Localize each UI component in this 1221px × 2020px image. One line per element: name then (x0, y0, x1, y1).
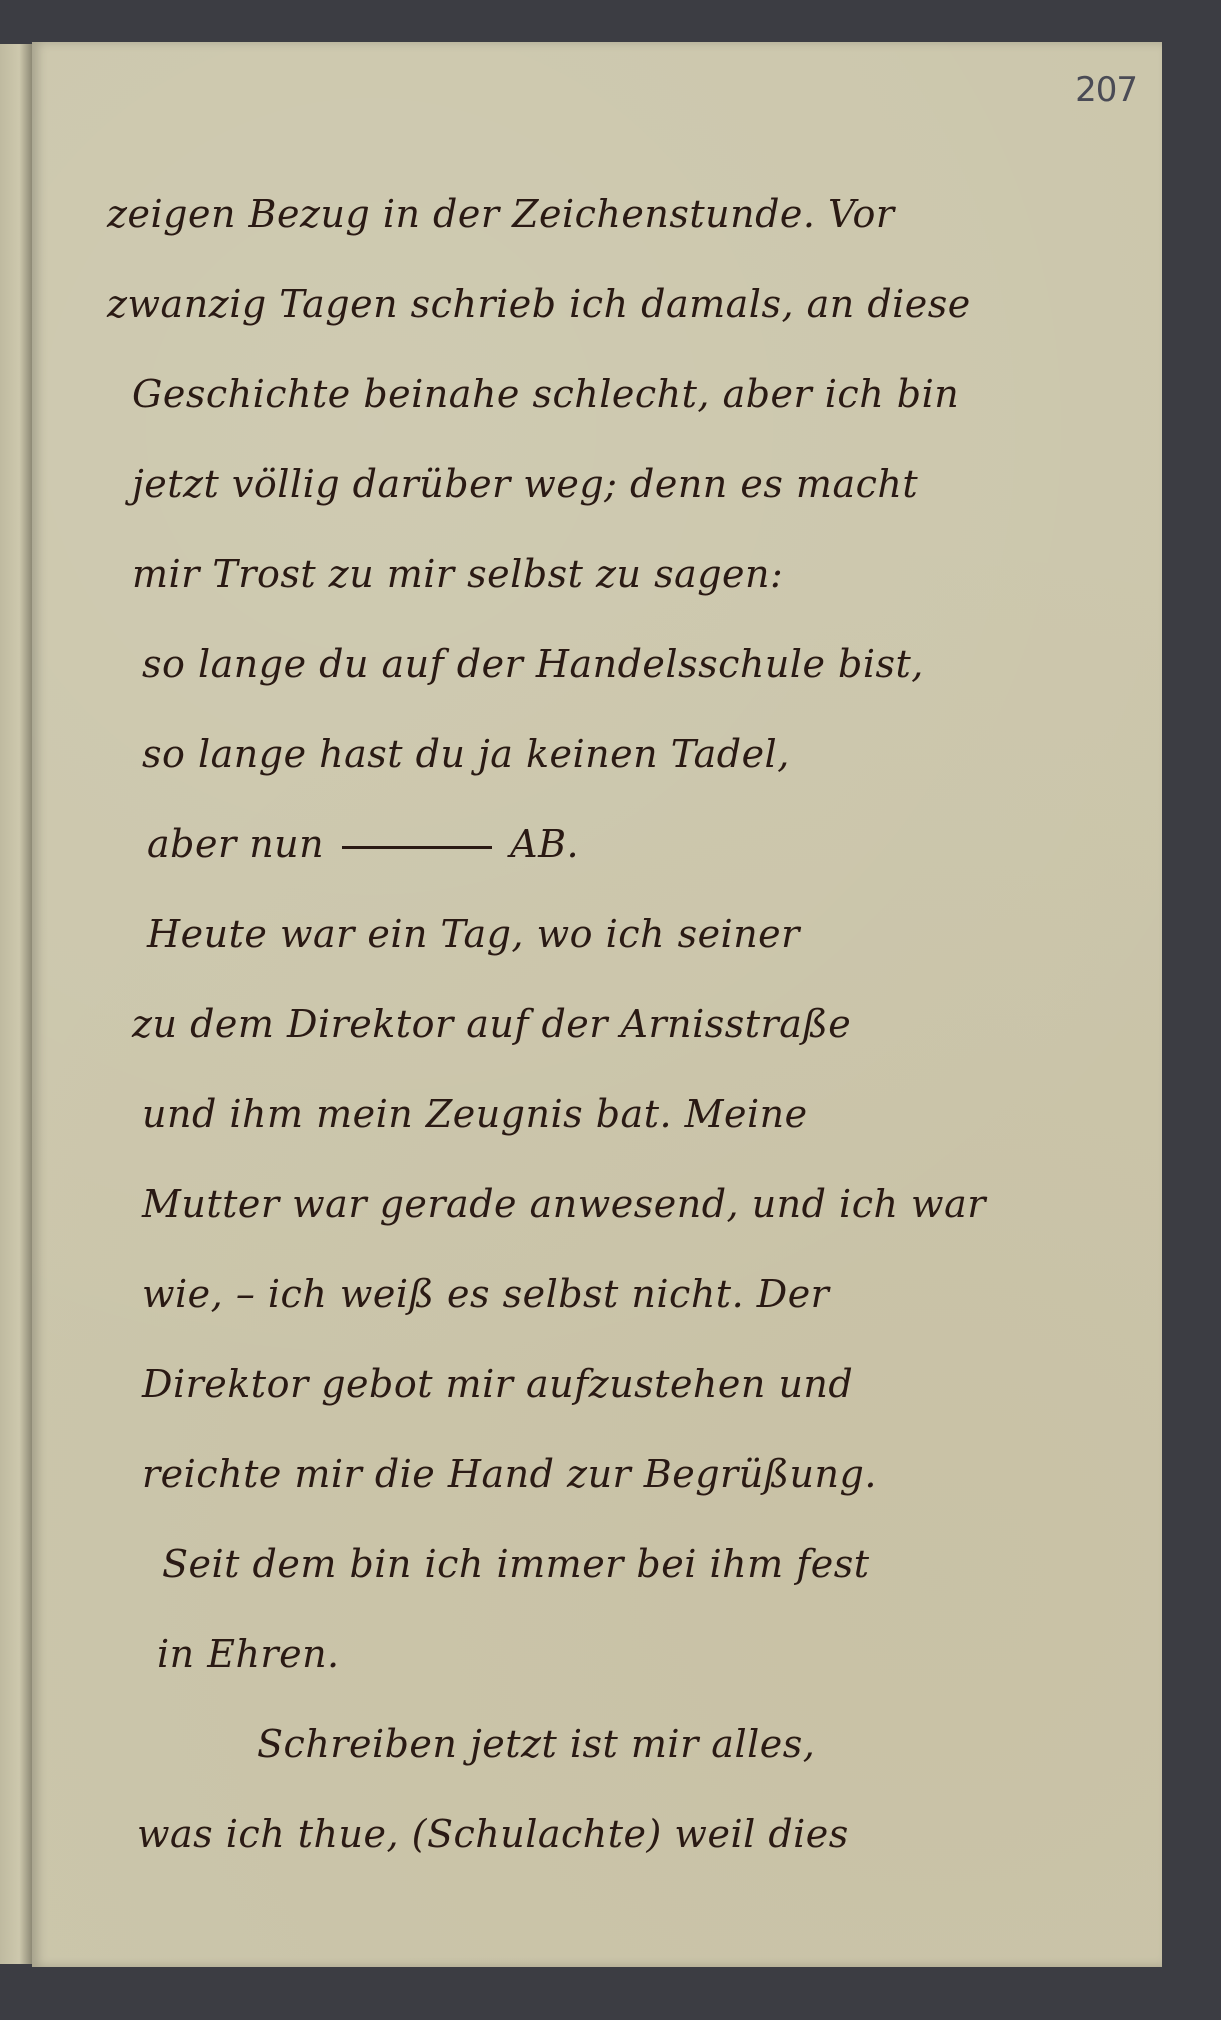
text-line-9: Heute war ein Tag, wo ich seiner (147, 912, 800, 956)
text-line-17: in Ehren. (157, 1632, 340, 1676)
text-line-6: so lange du auf der Handelsschule bist, (142, 642, 924, 686)
text-line-15: reichte mir die Hand zur Begrüßung. (142, 1452, 877, 1496)
text-line-2: zwanzig Tagen schrieb ich damals, an die… (107, 282, 971, 326)
dash-rule (342, 846, 492, 849)
text-line-13: wie, – ich weiß es selbst nicht. Der (142, 1272, 829, 1316)
text-line-8-words: aber nun (147, 822, 324, 866)
text-line-14: Direktor gebot mir aufzustehen und (142, 1362, 853, 1406)
facing-page-edge (0, 44, 32, 1964)
text-line-11: und ihm mein Zeugnis bat. Meine (142, 1092, 808, 1136)
text-line-10: zu dem Direktor auf der Arnisstraße (132, 1002, 851, 1046)
text-line-3: Geschichte beinahe schlecht, aber ich bi… (132, 372, 959, 416)
text-line-5: mir Trost zu mir selbst zu sagen: (132, 552, 783, 596)
text-line-7: so lange hast du ja keinen Tadel, (142, 732, 790, 776)
signature-initials: AB. (510, 822, 579, 866)
text-line-16: Seit dem bin ich immer bei ihm fest (162, 1542, 870, 1586)
text-line-12: Mutter war gerade anwesend, und ich war (142, 1182, 986, 1226)
manuscript-page: 207 zeigen Bezug in der Zeichenstunde. V… (32, 42, 1162, 1967)
page-number: 207 (1075, 70, 1137, 110)
text-line-19: was ich thue, (Schulachte) weil dies (137, 1812, 849, 1856)
text-line-4: jetzt völlig darüber weg; denn es macht (132, 462, 918, 506)
text-line-1: zeigen Bezug in der Zeichenstunde. Vor (107, 192, 895, 236)
text-line-8: aber nunAB. (147, 822, 579, 866)
text-line-18: Schreiben jetzt ist mir alles, (257, 1722, 815, 1766)
